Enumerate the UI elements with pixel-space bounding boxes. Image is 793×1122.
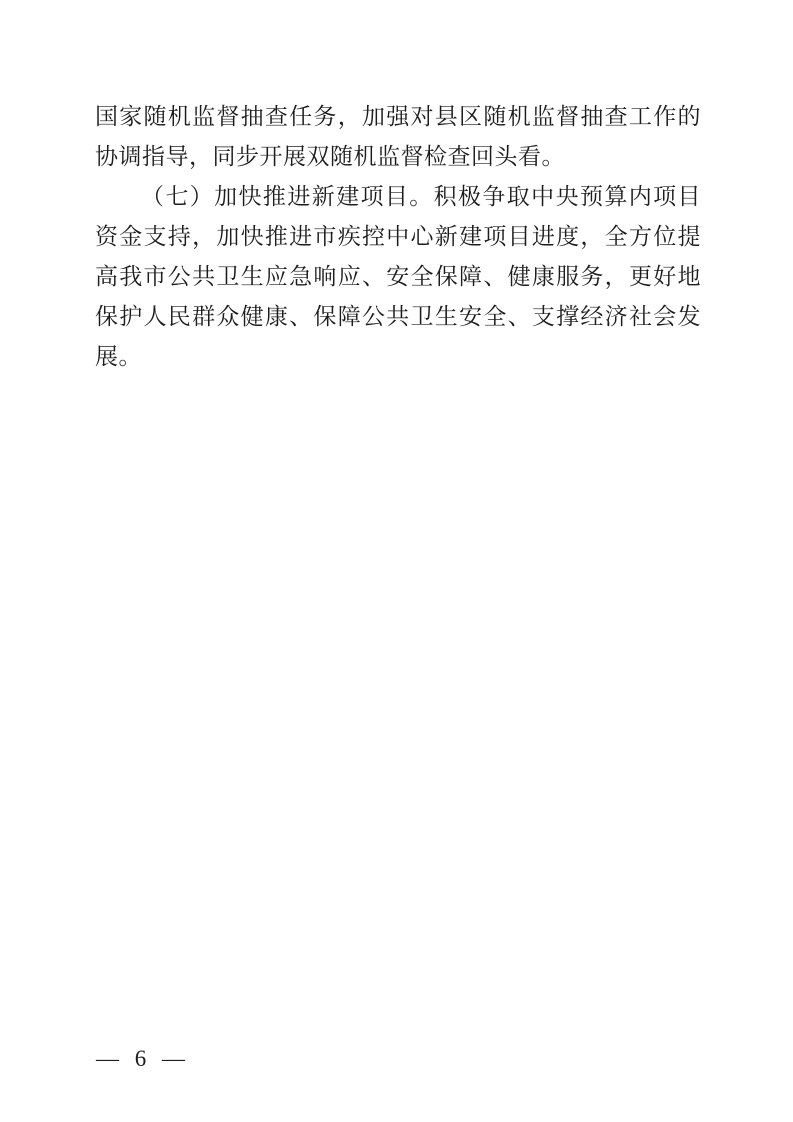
document-page: 国家随机监督抽查任务，加强对县区随机监督抽查工作的协调指导，同步开展双随机监督检… (0, 0, 793, 1122)
paragraph-continuation: 国家随机监督抽查任务，加强对县区随机监督抽查工作的协调指导，同步开展双随机监督检… (95, 96, 701, 176)
document-body: 国家随机监督抽查任务，加强对县区随机监督抽查工作的协调指导，同步开展双随机监督检… (95, 96, 701, 376)
paragraph-item-seven: （七）加快推进新建项目。积极争取中央预算内项目资金支持，加快推进市疾控中心新建项… (95, 176, 701, 376)
page-number: — 6 — (96, 1045, 186, 1073)
